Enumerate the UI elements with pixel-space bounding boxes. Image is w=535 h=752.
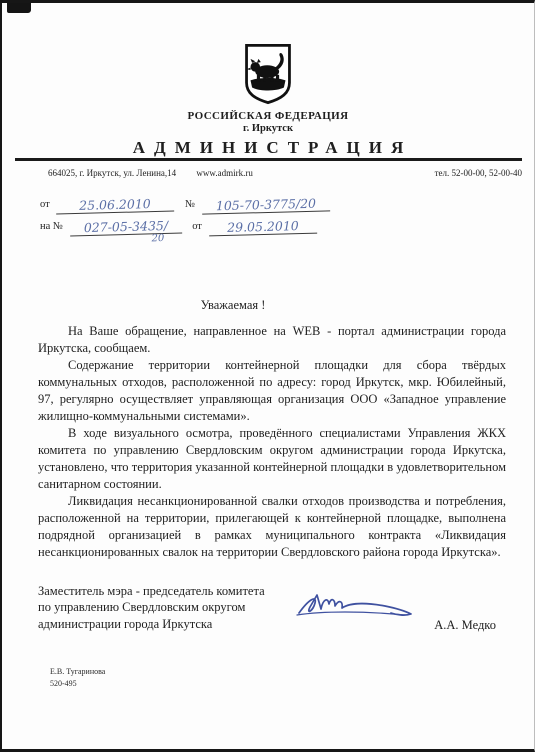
- incoming-number-subscript: 20: [151, 232, 164, 246]
- incoming-number-handwritten: 027-05-3435/20: [69, 219, 181, 237]
- header-city: г. Иркутск: [2, 123, 534, 134]
- contact-left: 664025, г. Иркутск, ул. Ленина,14 www.ad…: [48, 168, 271, 178]
- scanned-letter-page: РОССИЙСКАЯ ФЕДЕРАЦИЯ г. Иркутск АДМИНИСТ…: [0, 0, 535, 752]
- signer-position: Заместитель мэра - председатель комитета…: [38, 583, 298, 632]
- postal-address: 664025, г. Иркутск, ул. Ленина,14: [48, 168, 176, 178]
- website-text: www.admirk.ru: [196, 168, 252, 178]
- signature-block: Заместитель мэра - председатель комитета…: [38, 583, 506, 632]
- incoming-reference-row: на № 027-05-3435/20 от 29.05.2010: [40, 216, 534, 238]
- from-label: от: [40, 199, 50, 210]
- signer-position-line2: по управлению Свердловским округом: [38, 599, 298, 615]
- outgoing-date-handwritten: 25.06.2010: [56, 196, 174, 214]
- number-label: №: [185, 199, 195, 210]
- header-rule: [15, 158, 522, 161]
- signer-name: А.А. Медко: [434, 617, 496, 633]
- from-label-2: от: [192, 221, 202, 232]
- outgoing-reference-row: от 25.06.2010 № 105-70-3775/20: [40, 194, 534, 216]
- phone-text: тел. 52-00-00, 52-00-40: [435, 168, 522, 178]
- incoming-date-handwritten: 29.05.2010: [208, 219, 316, 237]
- paragraph-2: Содержание территории контейнерной площа…: [38, 357, 506, 425]
- paragraph-4: Ликвидация несанкционированной свалки от…: [38, 493, 506, 561]
- signer-position-line3: администрации города Иркутска: [38, 616, 298, 632]
- coat-of-arms: [244, 43, 292, 105]
- letter-body: На Ваше обращение, направленное на WEB -…: [38, 323, 506, 561]
- signer-position-line1: Заместитель мэра - председатель комитета: [38, 583, 298, 599]
- irkutsk-coat-of-arms-icon: [244, 92, 292, 109]
- paragraph-3: В ходе визуального осмотра, проведённого…: [38, 425, 506, 493]
- header-country: РОССИЙСКАЯ ФЕДЕРАЦИЯ: [2, 110, 534, 122]
- contact-row: 664025, г. Иркутск, ул. Ленина,14 www.ad…: [48, 168, 522, 178]
- reply-to-label: на №: [40, 221, 63, 232]
- executor-phone: 520-495: [50, 678, 105, 690]
- handwritten-signature-icon: [293, 587, 423, 631]
- executor-footer: Е.В. Тугаринова 520-495: [50, 666, 105, 690]
- executor-name: Е.В. Тугаринова: [50, 666, 105, 678]
- scan-artifact-mark: [7, 3, 31, 13]
- outgoing-number-handwritten: 105-70-3775/20: [201, 196, 329, 214]
- header-org-title: АДМИНИСТРАЦИЯ: [2, 139, 534, 157]
- paragraph-1: На Ваше обращение, направленное на WEB -…: [38, 323, 506, 357]
- reference-block: от 25.06.2010 № 105-70-3775/20 на № 027-…: [40, 194, 534, 238]
- greeting-line: Уважаемая !: [2, 298, 534, 313]
